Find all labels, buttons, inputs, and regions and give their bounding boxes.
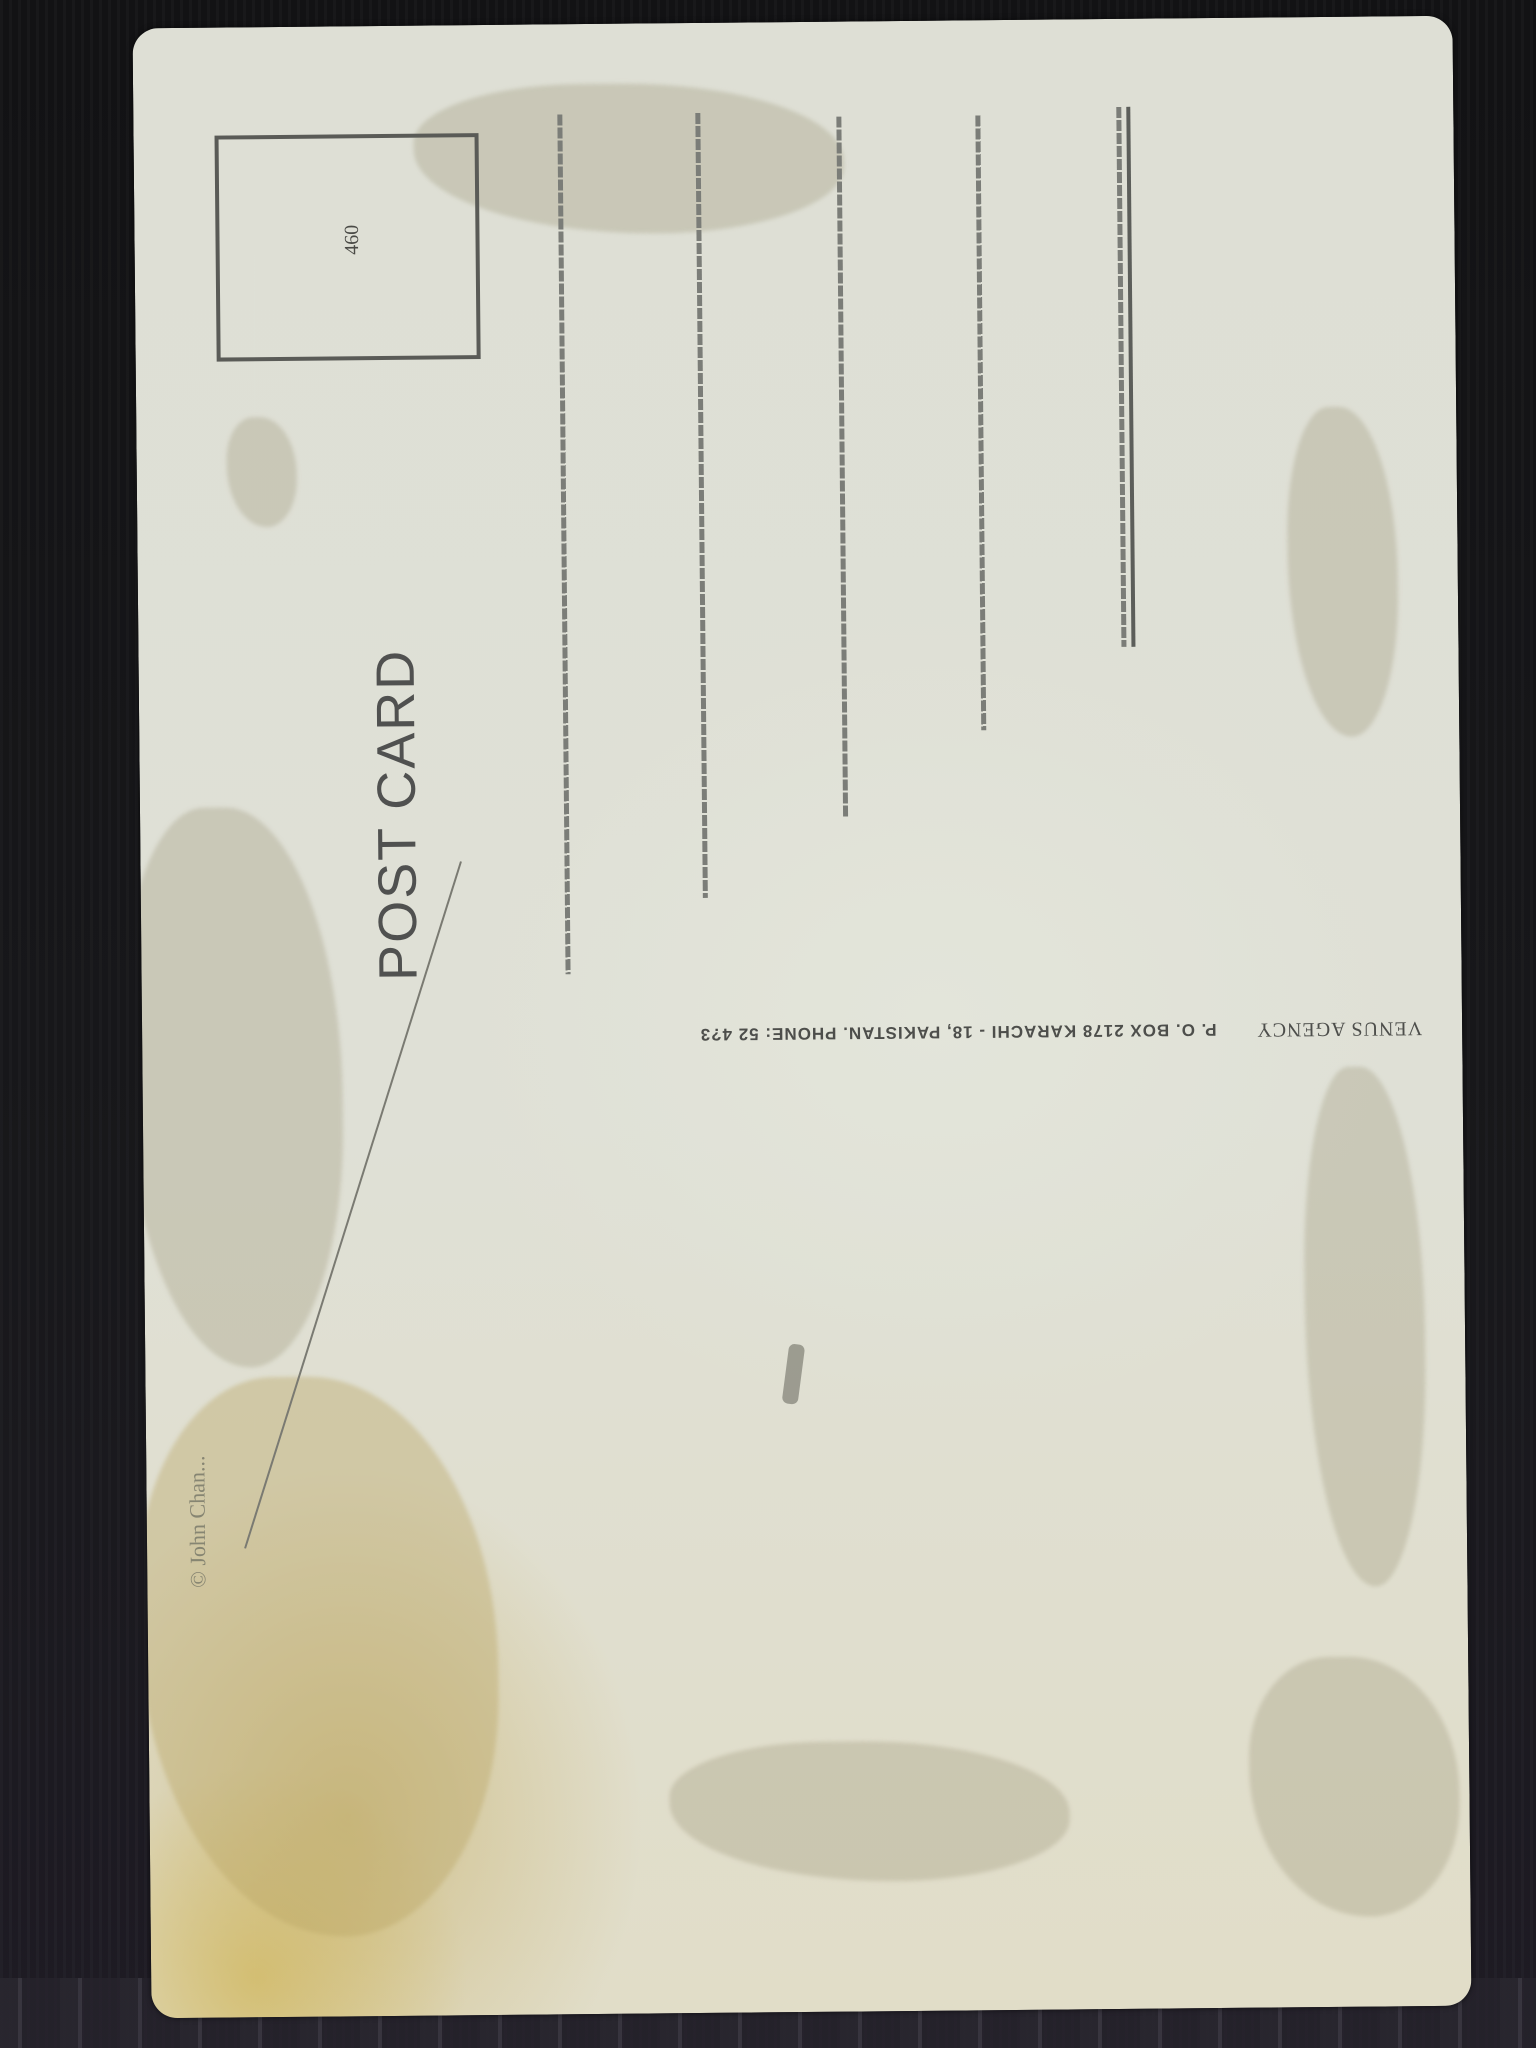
- post-card-title: POST CARD: [364, 649, 429, 982]
- paper-stain: [1303, 1066, 1428, 1587]
- publisher-address: P. O. BOX 2178 KARACHI - 18, PAKISTAN. P…: [700, 1020, 1217, 1044]
- address-line-6: [1126, 107, 1135, 647]
- paper-stain: [1286, 406, 1399, 737]
- address-line-5: [1116, 107, 1126, 647]
- address-line-3: [836, 117, 848, 817]
- paper-stain: [669, 1739, 1070, 1883]
- address-line-1: [557, 114, 570, 974]
- paper-stain: [226, 417, 297, 528]
- paper-stain: [1248, 1656, 1460, 1918]
- address-line-4: [975, 115, 986, 730]
- publisher-agency: VENUS AGENCY: [1256, 1017, 1422, 1041]
- stamp-box: 460: [215, 133, 481, 362]
- postcard-back: 460 POST CARD VENUS AGENCY P. O. BOX 217…: [132, 16, 1471, 2019]
- ink-mark: [782, 1343, 806, 1405]
- publisher-imprint: VENUS AGENCY P. O. BOX 2178 KARACHI - 18…: [322, 1016, 1422, 1050]
- photo-credit: © John Chan...: [184, 1455, 211, 1587]
- stamp-number: 460: [341, 225, 364, 255]
- paper-stain: [132, 806, 345, 1368]
